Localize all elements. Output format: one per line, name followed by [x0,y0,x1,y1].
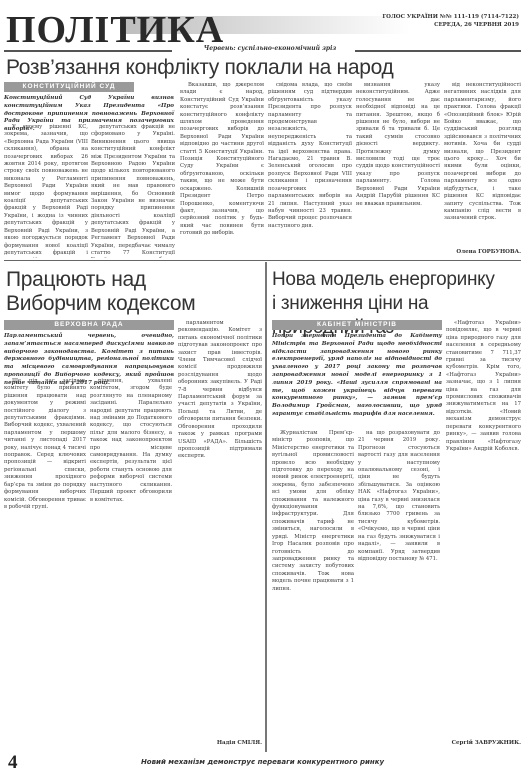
article3-column-1: Журналістам Прем’єр-міністр розповів, що… [272,430,354,750]
article1-column-2: депутатських фракцій не сформовано у Укр… [91,124,175,258]
article3-signature: Сергій ЗАВРУЖНИК. [446,740,521,746]
article1-column-3: Вказавши, що джерелом влади є народ, Кон… [180,82,264,258]
article1-column-6: від неконституційності негативних наслід… [444,82,521,248]
horizontal-divider [4,260,521,261]
article2-section-bar: ВЕРХОВНА РАДА [4,320,174,330]
article2-headline: Працюють над Виборчим кодексом [6,268,195,316]
vertical-divider [265,262,267,752]
article2-column-1: Ще під час засідань комітету було прийня… [4,378,86,750]
rubric: Червень: суспільно-економічний зріз [195,45,345,52]
article2-column-3: парламентом рекомендацію. Комітет з пита… [178,320,262,735]
article3-column-2: на що розраховувати до 21 червня 2019 ро… [358,430,440,750]
issue-number: ГОЛОС УКРАЇНИ №№ 111-119 (7114-7122) [382,13,519,21]
article1-column-4: свідома влада, що своїм рішенням суд під… [268,82,352,258]
section-title: ПОЛІТИКА [6,8,224,52]
issue-date: СЕРЕДА, 26 ЧЕРВНЯ 2019 [382,21,519,29]
article1-signature: Олена ГОРБУНОВА. [444,249,521,255]
article3-lead: Попри звернення Президента до Кабінету М… [272,333,442,419]
header-rule-left [4,50,172,52]
article2-signature: Надія СМІЛЯ. [178,740,262,746]
article1-headline: Розв’язання конфлікту поклали на народ [6,56,393,80]
footer-tagline: Новий механізм демонструє переваги конку… [0,758,525,766]
article3-column-3: «Нафтогаз України» повідомляє, що в черв… [446,320,521,730]
article3-section-bar: КАБІНЕТ МІНІСТРІВ [272,320,442,330]
article1-column-5: визнання указу неконституційним. Адже го… [356,82,440,258]
issue-info: ГОЛОС УКРАЇНИ №№ 111-119 (7114-7122) СЕР… [382,13,519,29]
header-rule-right [355,50,521,52]
article1-section-bar: КОНСТИТУЦІЙНИЙ СУД [4,82,134,92]
article1-column-1: У своєму рішенні КС, зокрема, зазначив, … [4,124,88,258]
article2-column-2: рішення, ухвалені комітетом, згодом буде… [90,378,172,750]
